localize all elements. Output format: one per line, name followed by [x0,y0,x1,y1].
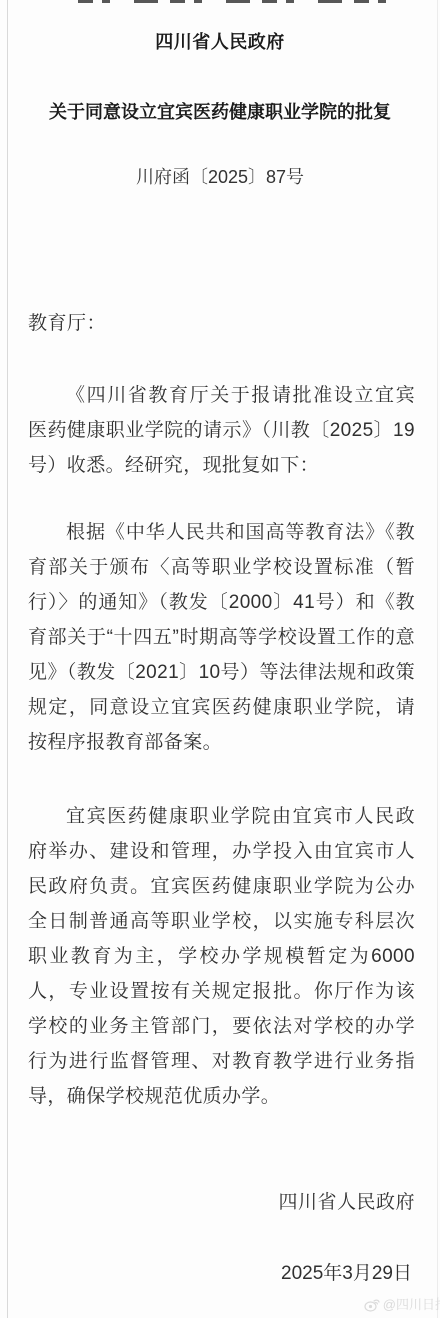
paragraph-school-details: 宜宾医药健康职业学院由宜宾市人民政府举办、建设和管理，办学投入由宜宾市人民政府负… [28,799,415,1114]
salutation: 教育厅： [28,311,415,337]
paragraph-receipt: 《四川省教育厅关于报请批准设立宜宾医药健康职业学院的请示》（川教〔2025〕19… [28,378,415,483]
signature-issuer: 四川省人民政府 [28,1190,415,1216]
watermark: @四川日报 [364,1297,440,1313]
paragraph-approval-basis: 根据《中华人民共和国高等教育法》《教育部关于颁布〈高等职业学校设置标准（暂行）〉… [28,515,415,760]
document-date: 2025年3月29日 [28,1261,412,1287]
document-number: 川府函〔2025〕87号 [0,164,440,190]
watermark-text: @四川日报 [383,1297,440,1313]
document-issuer-heading: 四川省人民政府 [0,29,440,55]
official-document-page: 四川省人民政府 关于同意设立宜宾医药健康职业学院的批复 川府函〔2025〕87号… [0,0,440,1318]
page-left-edge-line [7,0,8,1318]
weibo-icon [364,1298,380,1312]
document-title: 关于同意设立宜宾医药健康职业学院的批复 [0,99,440,125]
page-right-edge-line [437,0,438,1318]
cropped-text-remnant [78,0,392,3]
